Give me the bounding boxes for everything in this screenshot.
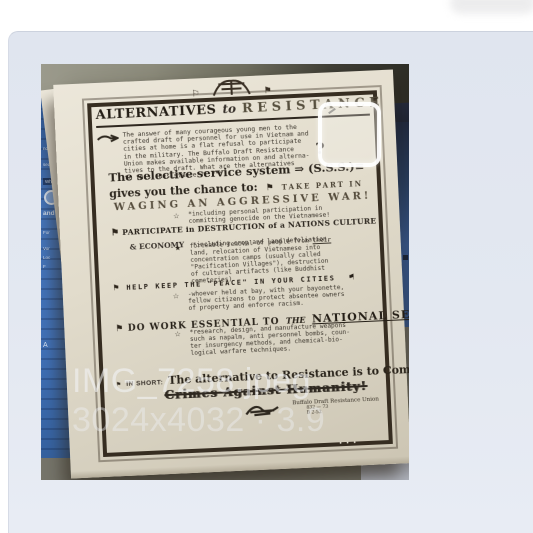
flag-icon: ⚑ <box>347 272 354 282</box>
star-icon: ★ <box>175 244 181 251</box>
take-part-label: TAKE PART IN <box>282 179 364 192</box>
star-icon: ☆ <box>175 330 181 337</box>
scribble-arrow-icon <box>97 133 119 144</box>
flag-icon: ⚐ <box>192 89 200 98</box>
flag-icon: ⚑ <box>111 228 120 238</box>
eagle-ornament: ⚐ ⚑ <box>191 75 272 99</box>
arrow-icon: ⇒ <box>294 162 304 176</box>
screen-text-fragment: For <box>43 230 50 235</box>
screen-text-fragment: F <box>43 264 46 269</box>
dimensions-overlay: 3024x4032 · 3.9 <box>72 401 325 440</box>
filename-overlay: IMG_7258.jpeg <box>72 362 311 401</box>
flag-icon: ⚑ <box>113 283 120 293</box>
flag-icon: ⚑ <box>115 323 124 333</box>
screen-text-fragment: A <box>43 342 48 349</box>
screen-text-fragment: Vor <box>43 246 50 251</box>
toolbar-blob <box>450 0 533 14</box>
eagle-icon <box>209 76 254 98</box>
highlight-mark <box>328 108 336 114</box>
star-icon: ☆ <box>173 292 179 299</box>
paper-damage-dots: ••• <box>339 440 361 447</box>
viewer-surface: and th nd W sed w Who and R For Vor Loc … <box>8 31 533 533</box>
flag-icon: ⚑ <box>264 86 272 95</box>
screen-text-fragment: Loc <box>43 255 50 260</box>
highlight-selection-box[interactable] <box>318 102 381 167</box>
title-word: ALTERNATIVES <box>95 103 217 123</box>
star-icon: ☆ <box>173 212 179 219</box>
title-word: to <box>222 102 236 117</box>
flag-icon: ⚑ <box>265 182 274 193</box>
